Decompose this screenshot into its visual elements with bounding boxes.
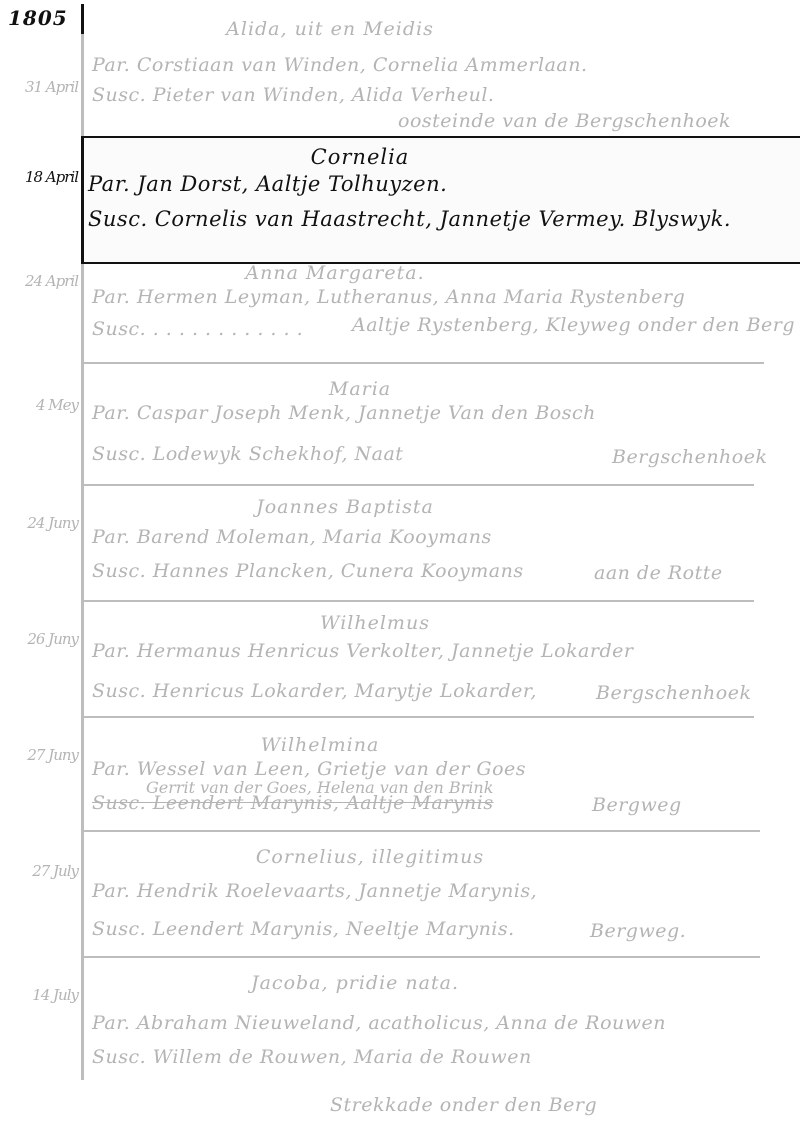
child-name: Jacoba, pridie nata.: [220, 972, 490, 994]
entry-date: 27 Juny: [4, 746, 78, 764]
parents-line: Par. Hermen Leyman, Lutheranus, Anna Mar…: [92, 286, 685, 308]
sponsors-line: Susc. Leendert Marynis, Neeltje Marynis.: [92, 918, 515, 940]
parents-line: Par. Jan Dorst, Aaltje Tolhuyzen.: [88, 172, 447, 196]
margin-rule-top: [81, 4, 84, 34]
entry-separator: [84, 830, 760, 832]
entry-date: 4 Mey: [4, 396, 78, 414]
sponsors-line: Susc. Hannes Plancken, Cunera Kooymans: [92, 560, 524, 582]
parents-line: Par. Abraham Nieuweland, acatholicus, An…: [92, 1012, 666, 1034]
child-name: Joannes Baptista: [220, 496, 470, 518]
entry-date: 24 Juny: [4, 514, 78, 532]
child-name: Maria: [310, 378, 410, 400]
sponsors-line: Susc. Cornelis van Haastrecht, Jannetje …: [88, 207, 731, 231]
sponsors-line: Susc. Willem de Rouwen, Maria de Rouwen: [92, 1046, 532, 1068]
sponsors-line: Susc. Henricus Lokarder, Marytje Lokarde…: [92, 680, 537, 702]
location-note: aan de Rotte: [594, 562, 723, 584]
parents-line: Par. Wessel van Leen, Grietje van der Go…: [92, 758, 526, 780]
sponsors-line-struck: Susc. Leendert Marynis, Aaltje Marynis: [92, 792, 494, 814]
entry-date: 24 April: [4, 272, 78, 290]
child-name: Cornelius, illegitimus: [230, 846, 510, 868]
sponsors-line: Susc. Lodewyk Schekhof, Naat: [92, 443, 403, 465]
entry-separator: [84, 716, 754, 718]
parents-line: Par. Hermanus Henricus Verkolter, Jannet…: [92, 640, 633, 662]
parents-line: Par. Caspar Joseph Menk, Jannetje Van de…: [92, 402, 596, 424]
parents-line: Par. Barend Moleman, Maria Kooymans: [92, 526, 492, 548]
child-name: Wilhelmina: [240, 734, 400, 756]
entry-separator: [84, 484, 754, 486]
entry-separator: [84, 362, 764, 364]
parents-line: Par. Hendrik Roelevaarts, Jannetje Maryn…: [92, 880, 537, 902]
location-note: Bergweg.: [590, 920, 686, 942]
entry-date: 14 July: [4, 986, 78, 1004]
location-note: Strekkade onder den Berg: [330, 1094, 597, 1116]
child-name: Wilhelmus: [300, 612, 450, 634]
entry-separator: [84, 600, 754, 602]
sponsors-line: Susc. . . . . . . . . . . . .: [92, 318, 303, 340]
child-name: Cornelia: [260, 145, 460, 169]
location-note: Bergweg: [592, 794, 682, 816]
location-note: oosteinde van de Bergschenhoek: [398, 110, 731, 132]
register-year: 1805: [8, 6, 76, 32]
entry-separator: [84, 956, 760, 958]
child-name: Anna Margareta.: [220, 262, 450, 284]
entry-date: 26 Juny: [4, 630, 78, 648]
entry-date: 31 April: [4, 78, 78, 96]
location-note: Bergschenhoek: [612, 446, 768, 468]
sponsors-line: Susc. Pieter van Winden, Alida Verheul.: [92, 84, 494, 106]
parents-line: Par. Corstiaan van Winden, Cornelia Amme…: [92, 54, 588, 76]
child-name: Alida, uit en Meidis: [200, 18, 460, 40]
entry-date: 18 April: [4, 168, 78, 186]
location-note: Bergschenhoek: [596, 682, 752, 704]
entry-date: 27 July: [4, 862, 78, 880]
location-note: Aaltje Rystenberg, Kleyweg onder den Ber…: [352, 314, 795, 336]
